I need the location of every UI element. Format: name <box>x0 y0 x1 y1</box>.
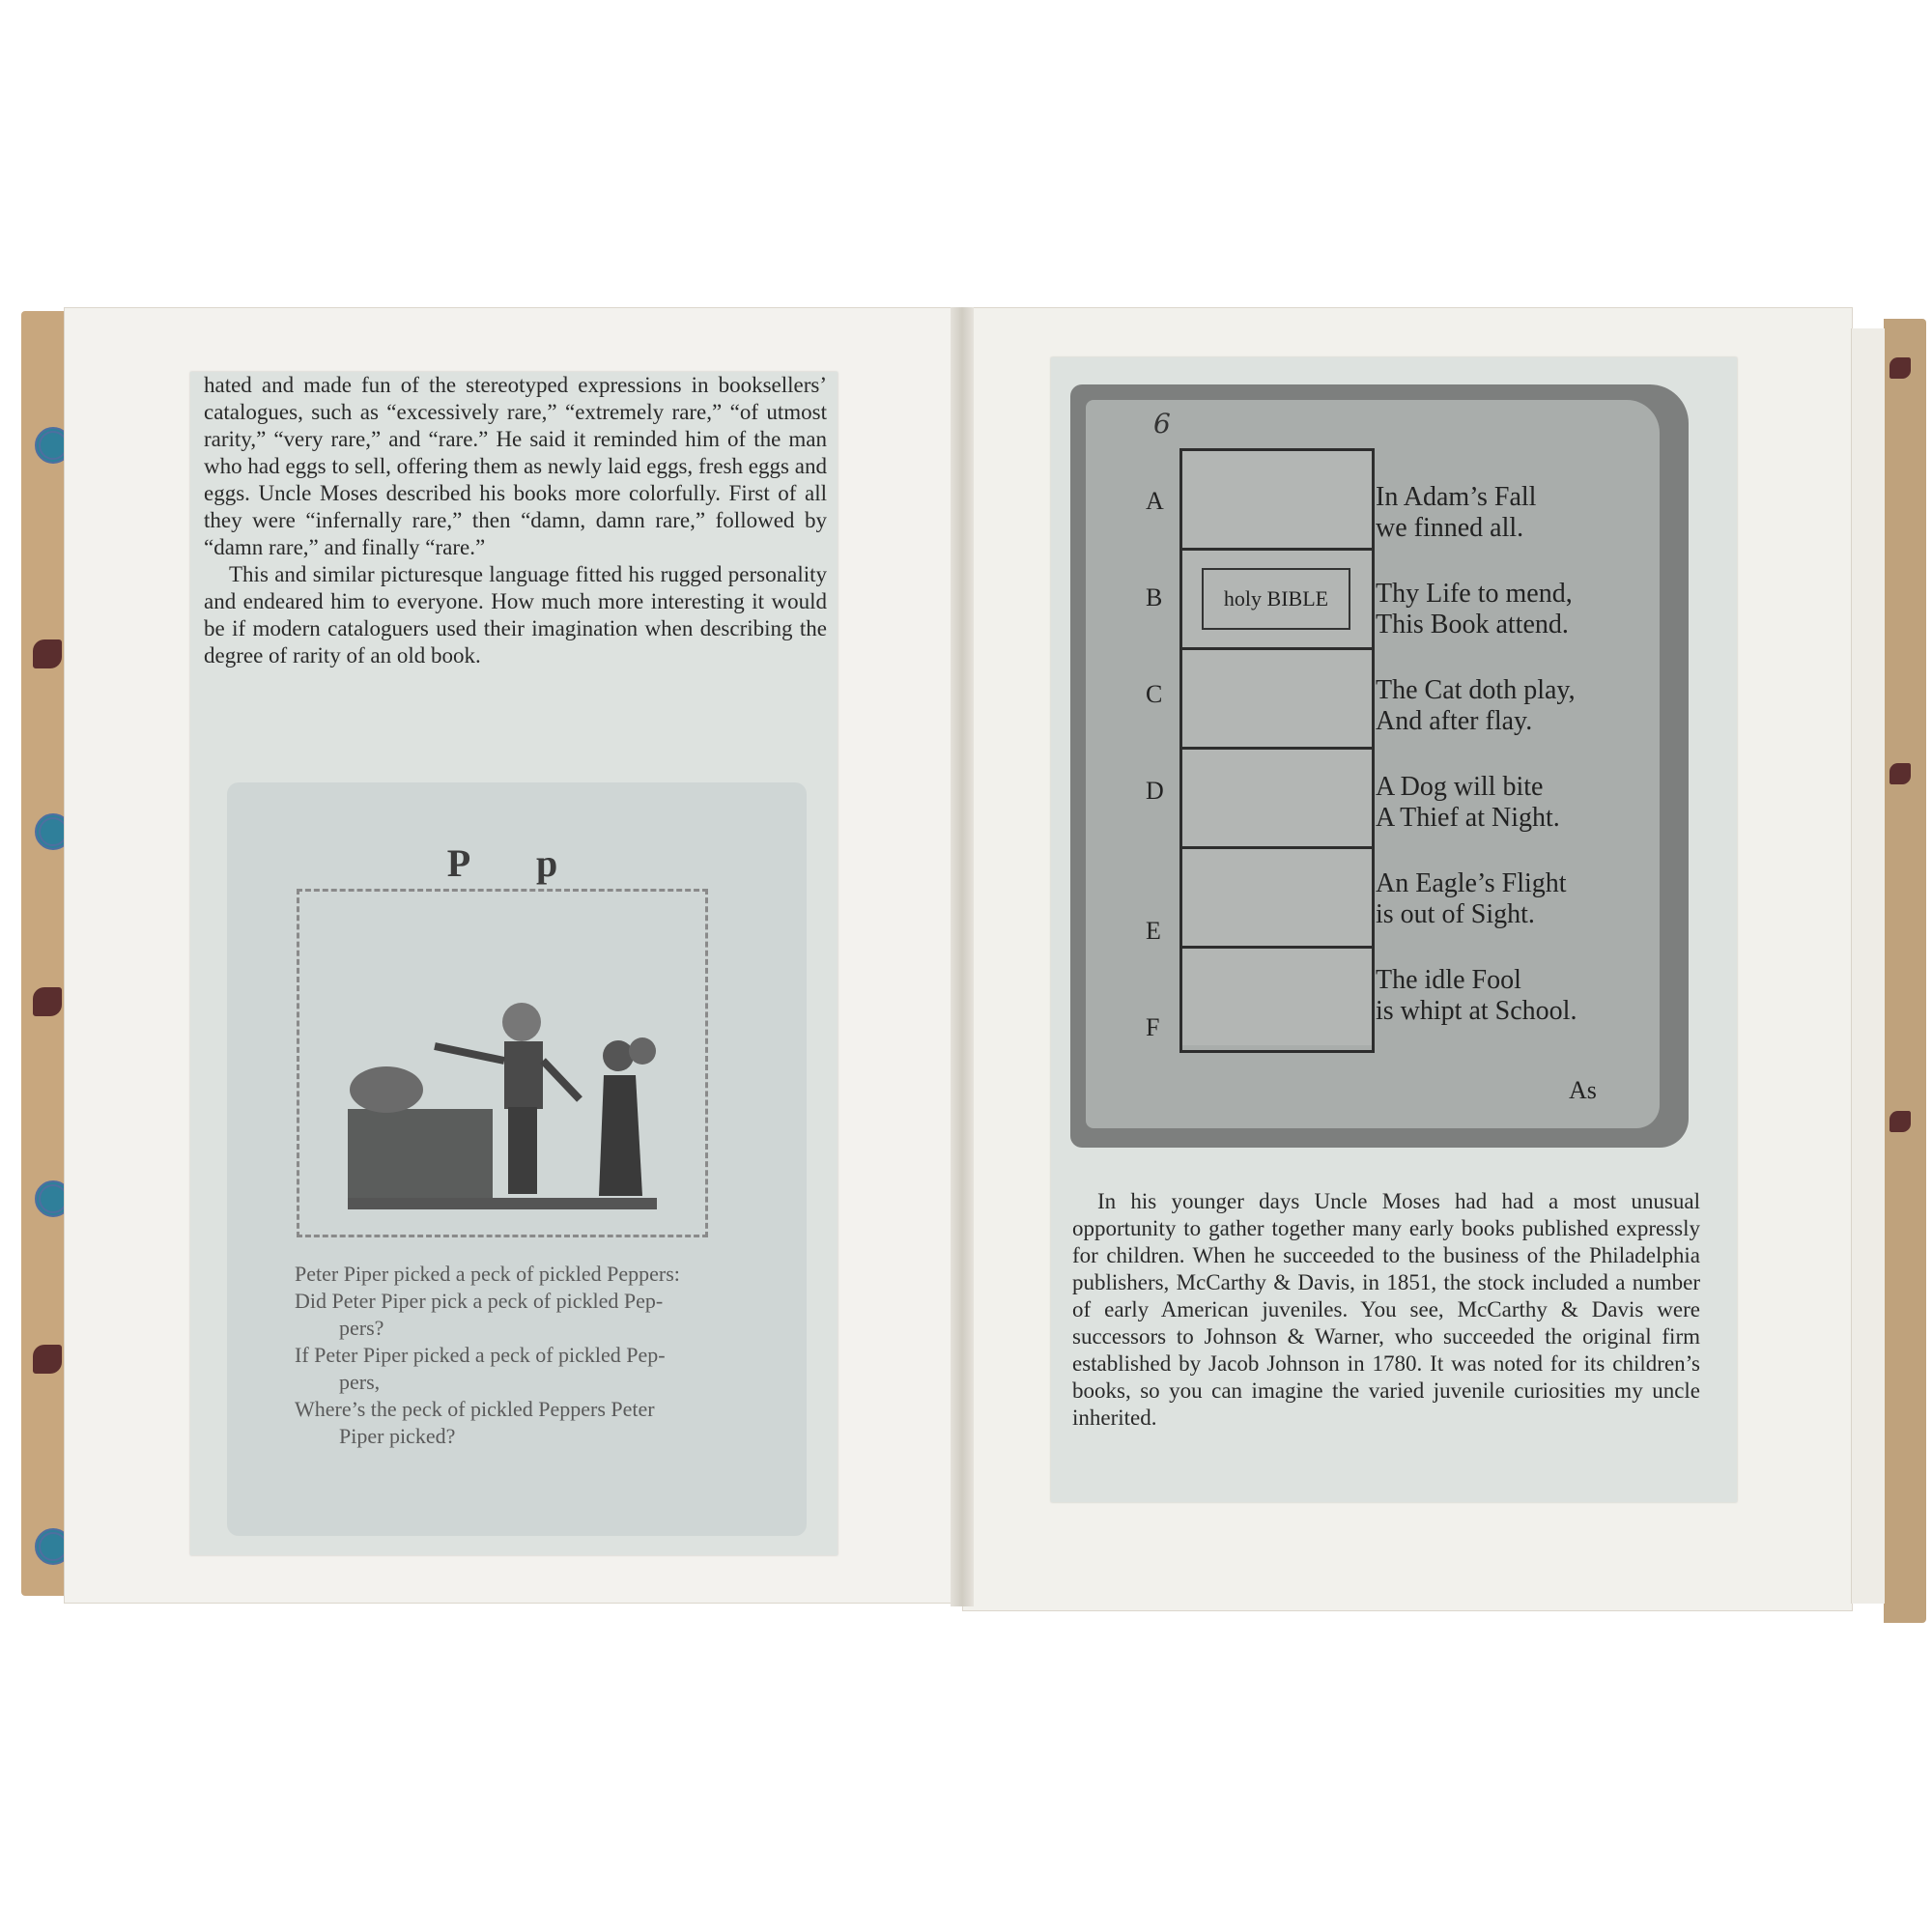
primer-letter: B <box>1146 583 1162 612</box>
illustration-frame <box>297 889 708 1237</box>
primer-letter: C <box>1146 680 1162 709</box>
primer-rhyme: Thy Life to mend, This Book attend. <box>1376 579 1573 640</box>
rhyme-line: And after flay. <box>1376 706 1576 737</box>
verse-line: Did Peter Piper pick a peck of pickled P… <box>295 1288 739 1315</box>
woodcut-bible-icon: holy BIBLE <box>1182 551 1372 650</box>
bible-label: holy BIBLE <box>1202 568 1350 630</box>
rhyme-line: This Book attend. <box>1376 610 1573 640</box>
rhyme-line: The idle Fool <box>1376 965 1577 996</box>
left-clipping: hated and made fun of the stereotyped ex… <box>190 372 838 1555</box>
verse-line: Piper picked? <box>295 1423 739 1450</box>
primer-rhyme: The Cat doth play, And after flay. <box>1376 675 1576 737</box>
verse-line: If Peter Piper picked a peck of pickled … <box>295 1342 739 1369</box>
woodcut-fool-icon <box>1182 949 1372 1045</box>
primer-rhyme: The idle Fool is whipt at School. <box>1376 965 1577 1027</box>
woodcut-dog-thief-icon <box>1182 750 1372 849</box>
woodcut-eagle-icon <box>1182 849 1372 949</box>
rhyme-line: In Adam’s Fall <box>1376 482 1536 513</box>
woodcut-cat-icon <box>1182 650 1372 750</box>
maroon-flower-motif-icon <box>33 987 62 1016</box>
woodcut-column: holy BIBLE <box>1179 448 1375 1053</box>
verse-line: pers, <box>295 1369 739 1396</box>
woodcut-adam-eve-icon <box>1182 451 1372 551</box>
primer-facsimile: 6 holy BIBLE A In Adam’s Fall we finned … <box>1070 384 1689 1148</box>
plate-letters: P p <box>227 840 807 886</box>
verse-line: pers? <box>295 1315 739 1342</box>
peter-piper-illustration-icon <box>328 983 676 1225</box>
rhyme-line: The Cat doth play, <box>1376 675 1576 706</box>
page-block-edge <box>1851 328 1885 1604</box>
right-clipping: 6 holy BIBLE A In Adam’s Fall we finned … <box>1051 357 1737 1502</box>
rhyme-line: is whipt at School. <box>1376 996 1577 1027</box>
rhyme-line: A Thief at Night. <box>1376 803 1560 834</box>
primer-page-number: 6 <box>1153 408 1171 440</box>
peter-piper-verse: Peter Piper picked a peck of pickled Pep… <box>295 1261 739 1450</box>
primer-letter: E <box>1146 917 1161 946</box>
book-cover-right <box>1884 319 1926 1623</box>
right-text-block: In his younger days Uncle Moses had had … <box>1072 1188 1700 1432</box>
paragraph: This and similar picturesque language fi… <box>204 561 827 669</box>
rhyme-line: Thy Life to mend, <box>1376 579 1573 610</box>
verse-line: Peter Piper picked a peck of pickled Pep… <box>295 1261 739 1288</box>
primer-rhyme: In Adam’s Fall we finned all. <box>1376 482 1536 544</box>
rhyme-line: we finned all. <box>1376 513 1536 544</box>
primer-rhyme: A Dog will bite A Thief at Night. <box>1376 772 1560 834</box>
maroon-flower-motif-icon <box>33 639 62 668</box>
rhyme-line: A Dog will bite <box>1376 772 1560 803</box>
primer-letter: D <box>1146 777 1164 806</box>
primer-catchword: As <box>1569 1076 1597 1105</box>
peter-piper-plate: P p Peter Piper picked a peck of pickled… <box>227 782 807 1536</box>
primer-rhyme: An Eagle’s Flight is out of Sight. <box>1376 868 1567 930</box>
paragraph: In his younger days Uncle Moses had had … <box>1072 1188 1700 1432</box>
maroon-flower-motif-icon <box>1889 763 1911 784</box>
primer-page: 6 holy BIBLE A In Adam’s Fall we finned … <box>1086 400 1660 1128</box>
left-text-block: hated and made fun of the stereotyped ex… <box>204 372 827 669</box>
maroon-flower-motif-icon <box>1889 1111 1911 1132</box>
primer-letter: A <box>1146 487 1164 516</box>
verse-line: Where’s the peck of pickled Peppers Pete… <box>295 1396 739 1423</box>
rhyme-line: is out of Sight. <box>1376 899 1567 930</box>
rhyme-line: An Eagle’s Flight <box>1376 868 1567 899</box>
primer-letter: F <box>1146 1013 1159 1042</box>
maroon-flower-motif-icon <box>1889 357 1911 379</box>
paragraph: hated and made fun of the stereotyped ex… <box>204 372 827 561</box>
book-gutter <box>951 307 974 1606</box>
maroon-flower-motif-icon <box>33 1345 62 1374</box>
